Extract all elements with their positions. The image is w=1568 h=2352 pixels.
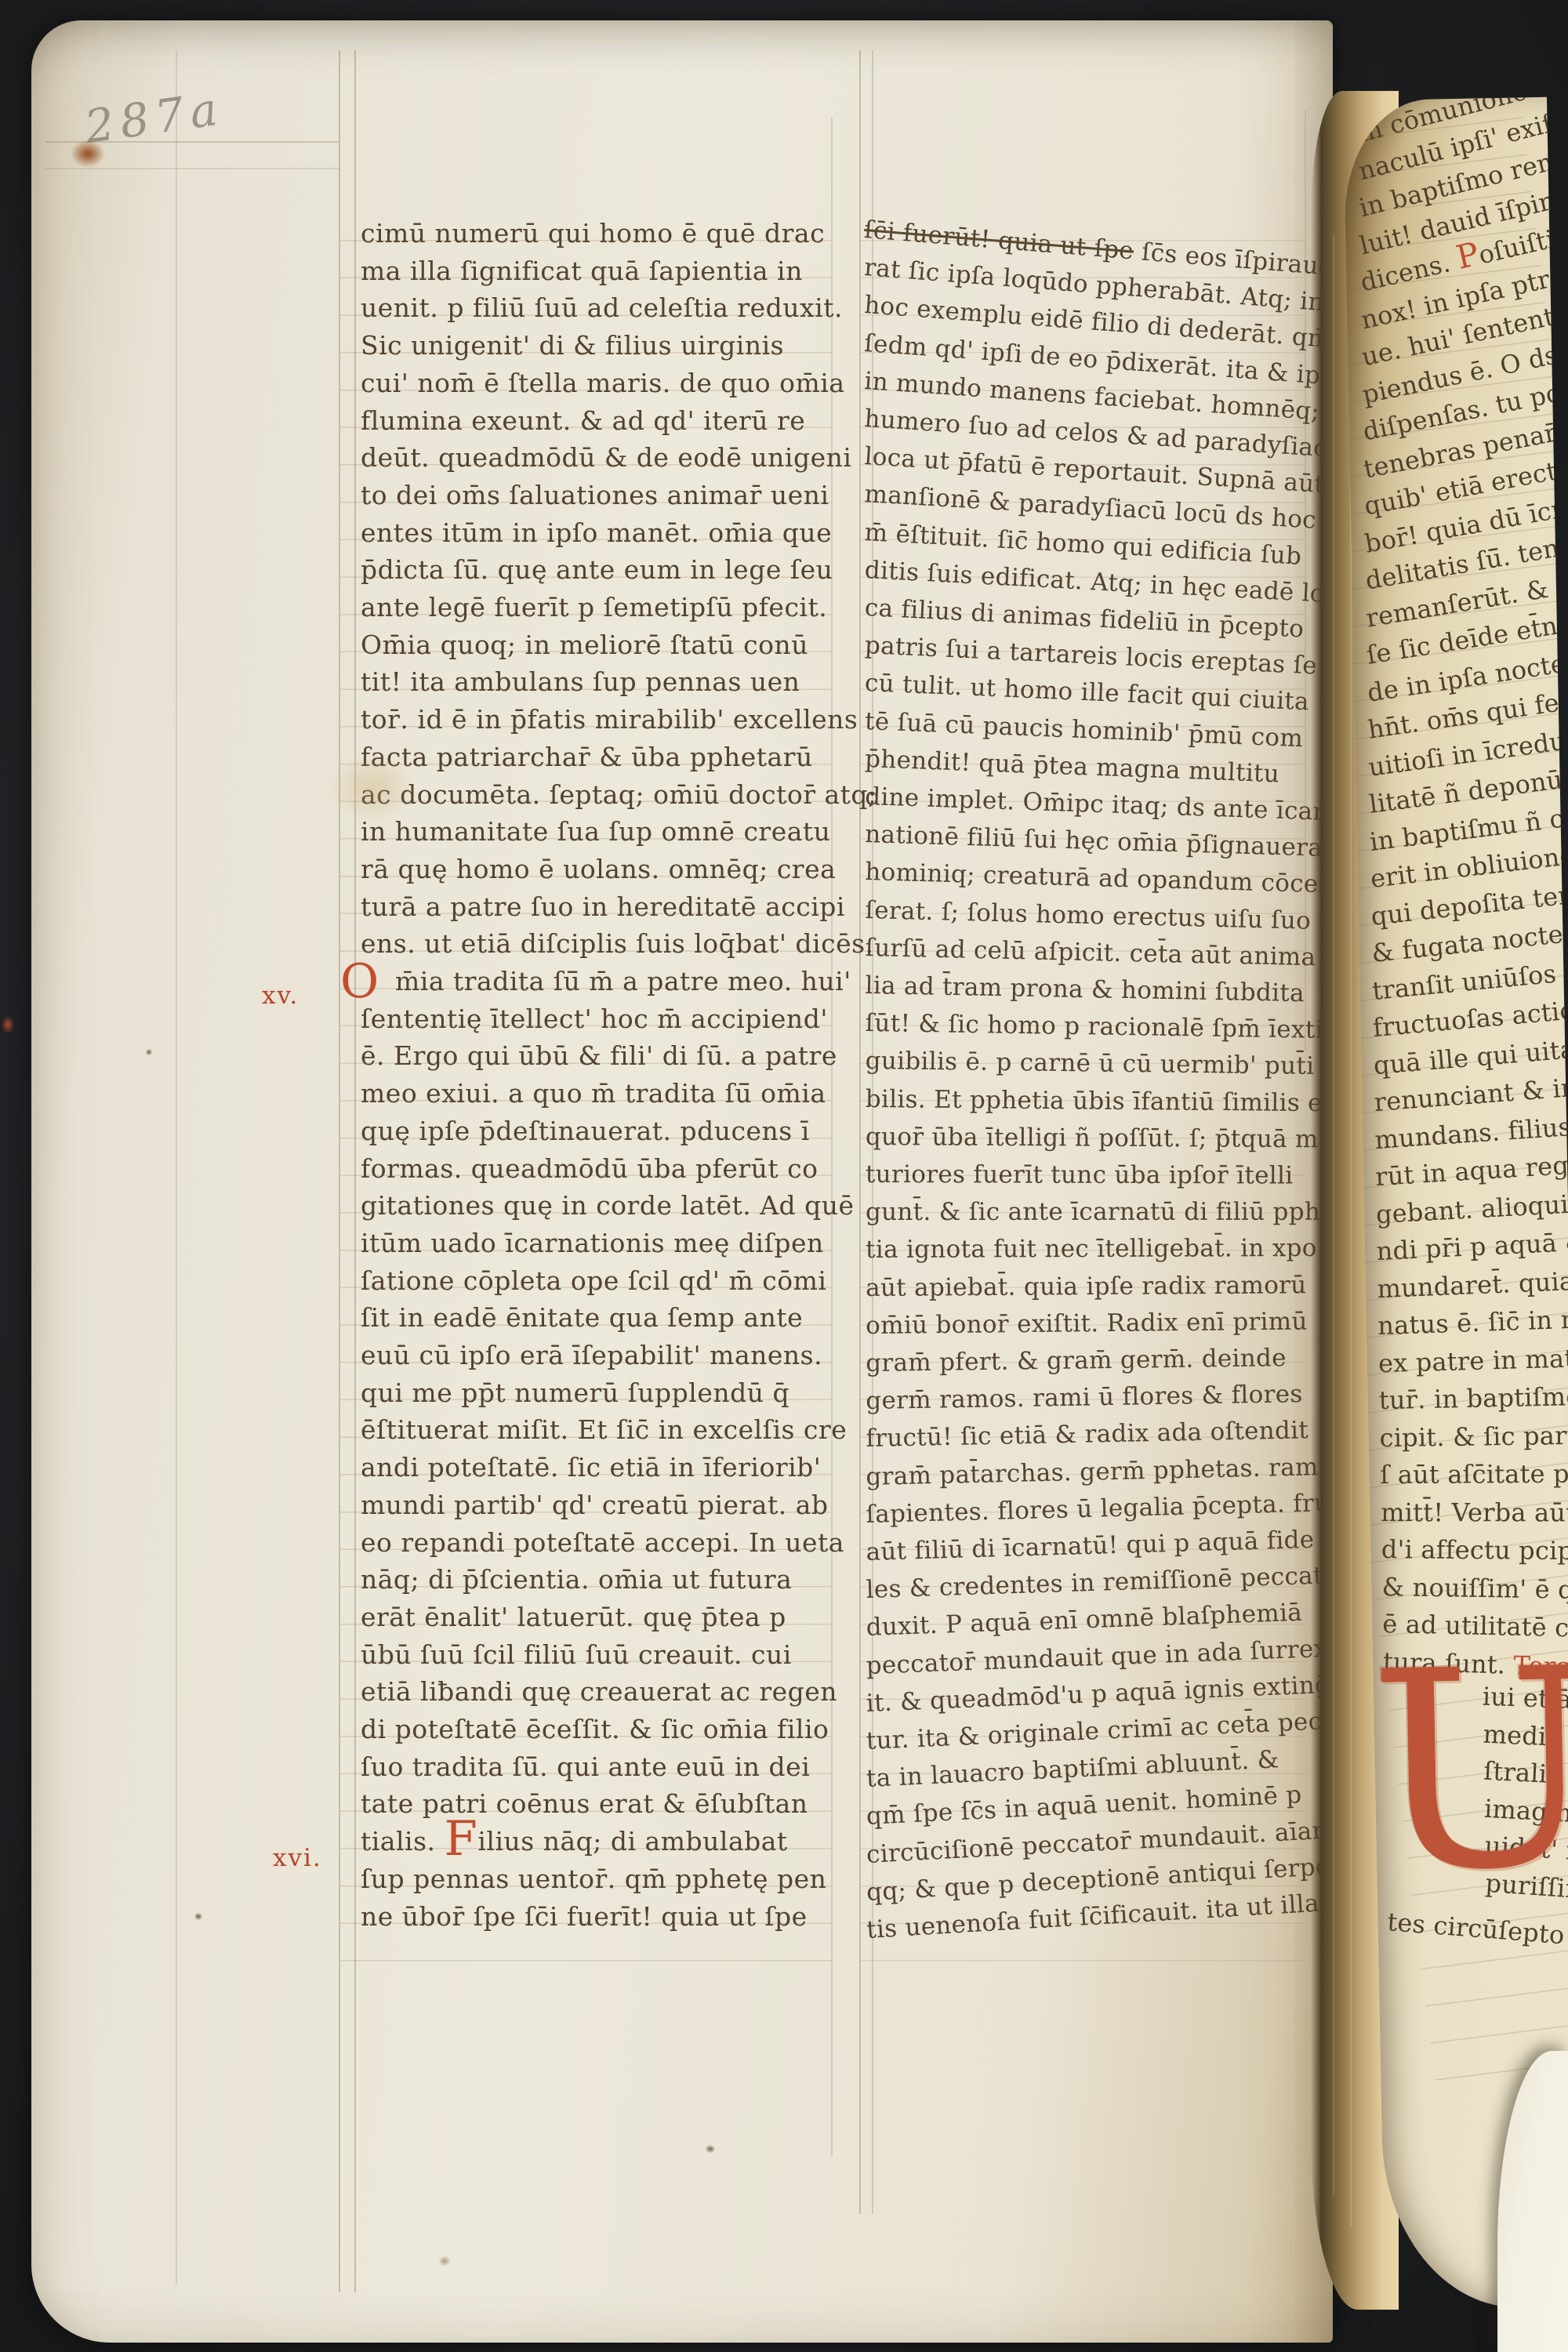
text-line: nāq; di p̄ſcientia. om̄ia ut futura [361,1563,792,1597]
text-line: d'i affectu pcipiāt! qm̄ p illu qui [1381,1533,1568,1569]
text-line: andi poteſtatē. ſic etiā in īferiorib' [361,1450,821,1485]
text-line: cimū numerū qui homo ē quē drac [361,216,825,251]
text-line: meo exiui. a quo m̄ tradita ſū̄ om̄ia [361,1076,826,1111]
text-line: ſententię ītellect' hoc m̄ accipiend' [361,1002,828,1036]
text-line: ſūt! & ſic homo p racionalē ſpm̄ īextin [865,1007,1339,1047]
stain [329,753,416,823]
text-line: turiores fuerīt tunc ūba ipſor̄ ītelli [866,1158,1294,1192]
text-line: lia ad t̄ram prona & homini ſubdita [865,969,1305,1010]
text-line: deūt. queadmōdū & de eodē unigeni [361,441,851,475]
text-line: bilis. Et pphetia ūbis īfantiū ſimilis e… [866,1083,1367,1120]
text-line: ex patre in matrē miſſus & ex ea [1377,1336,1568,1380]
text-line: ſatione cōpleta ope ſcil qd' m̄ cōmi [361,1264,826,1298]
text-line: formas. queadmōdū ūba pferūt co [361,1152,818,1186]
text-line: tia ignota fuit nec ītelligebat̄. in xpo [866,1232,1317,1266]
text-line: uenit. p filiū ſuū ad celeſtia reduxit. [361,291,843,325]
text-line: & nouiſſim' ē qui pſilu qui [1381,1570,1568,1608]
text-line: etiā liƀandi quę creauerat ac regen [361,1675,837,1709]
text-line: cipit. & ſic particeps ſc̄itatis fit. i [1379,1416,1568,1454]
text-column-1: cimū numerū qui homo ē quē dracma illa ſ… [361,216,839,1988]
text-line: euū cū ipſo erā īſepabilit' manens. [361,1338,822,1373]
text-line: ens. ut etiā diſciplis ſuis loq̄bat' dic… [361,927,874,961]
text-line: om̄iū bonor̄ exiſtit. Radix enī primū [866,1305,1308,1342]
text-line: quor̄ ūba ītelligi ñ poſſūt. ſ; p̄tquā m… [866,1120,1334,1156]
text-line: tur̄. in baptiſmo īſpirationē ſpc [1378,1376,1568,1417]
text-line: ūbū ſuū ſcil filiū ſuū creauit. cui [361,1638,792,1672]
stain [146,1049,152,1055]
text-line: ante legē fuerīt p ſemetipſū pfecit. [361,590,827,625]
text-line: ne ūbor̄ ſpe ſc̄i fuerīt! quia ut ſpe [361,1900,808,1934]
text-line: mitt̄! Verba aūt hęc fideles deu [1381,1496,1568,1529]
text-line: mundi partib' qd' creatū pierat. ab [361,1488,829,1523]
manuscript-photo: 287a xv. xvi. cimū numerū qui homo ē quē… [0,0,1568,2352]
text-line: tialis. Filius nāq; di ambulabat [361,1824,788,1859]
stain [439,2256,450,2266]
text-line: Om̄ia tradita ſū̄ m̄ a patre meo. hui' [361,964,851,999]
text-line: eo repandi poteſtatē accepi. In ueta [361,1526,844,1560]
stain [71,140,105,168]
stain [194,1913,202,1920]
text-line: ma illa ſignificat quā ſapientia in [361,254,803,289]
text-line: tate patri coēnus erat & ēſubſtan [361,1787,808,1821]
text-line: gram̄ pfert. & gram̄ germ̄. deinde [866,1341,1287,1380]
text-line: Om̄ia quoq; in meliorē ſtatū conū [361,628,808,662]
text-line: flumina exeunt. & ad qd' iterū re [361,404,805,438]
text-line: ēſtituerat miſit. Et ſic̄ in excelſis cr… [361,1413,847,1447]
stain [706,2145,715,2153]
text-line: tor̄. id ē in p̄fatis mirabilib' excelle… [361,702,858,737]
text-line: quę ipſe p̄deſtinauerat. pducens ī [361,1114,810,1149]
illuminated-initial-u: U [1368,1652,1568,1892]
text-line: ſerat. ſ; ſolus homo erectus uiſu ſuo [865,894,1312,938]
text-line: ſup pennas uentor̄. qm̄ pphetę pen [361,1862,826,1896]
text-line: to dei om̄s ſaluationes animar̄ ueni [361,478,829,513]
text-line: entes itūm in ipſo manēt. om̄ia que [361,516,832,550]
text-line: gunt̄. & ſic ante īcarnatū di filiū pphe [866,1196,1335,1229]
page-edge-highlight [1333,235,1334,2195]
text-line: guibilis ē. p carnē ū cū uermib' put̄i [865,1044,1314,1083]
margin-rule [176,50,177,2285]
text-line: erāt ēnalit' latuerūt. quę p̄tea p [361,1600,786,1635]
text-line: ſuo tradita ſū̄. qui ante euū in dei [361,1750,810,1784]
text-line: aūt apiebat̄. quia ipſe radix ramorū [866,1269,1307,1305]
text-line: gram̄ pat̄archas. germ̄ pphetas. rami [866,1450,1327,1494]
text-line: fructū! ſic etiā & radix ada oſtendit [866,1414,1308,1455]
text-column-2: ſc̄i fuerūt! quia ut ſpe ſc̄s eos īſpira… [866,213,1316,1985]
margin-hrule [45,168,339,169]
text-line: turā a patre ſuo in hereditatē accipi [361,890,845,924]
text-line: di poteſtatē ēceſſit. & ſic om̄ia filio [361,1712,829,1747]
text-line: ac documēta. ſeptaq; om̄iū doctor̄ atq; [361,778,877,812]
text-line: tit! ita ambulans ſup pennas uen [361,665,800,699]
text-line: facta patriarchar̄ & ūba pphetarū [361,740,813,775]
text-line: ē. Ergo qui ūbū & fili' di ſū. a patre [361,1039,837,1073]
text-line: Sic unigenit' di & filius uirginis [361,328,784,363]
text-line: ſ aūt aſc̄itate picit̄. & in penalia [1380,1456,1568,1491]
text-line: germ̄ ramos. rami ū flores & flores [866,1377,1303,1417]
text-line: itūm uado īcarnationis meę diſpen [361,1226,824,1261]
text-line: rā quę homo ē uolans. omnēq; crea [361,852,836,887]
text-line: ſurſū ad celū aſpicit. cet̄a aūt anima [865,931,1316,974]
text-line: in humanitate ſua ſup omnē creatu [361,815,830,849]
text-line: gitationes quę in corde latēt. Ad quē [361,1189,855,1223]
text-line: qui me pp̄t numerū ſupplendū q̄ [361,1376,789,1410]
text-line: ſit in eadē ēnitate qua ſemp ante [361,1301,803,1335]
text-line: cui' nom̄ ē ſtella maris. de quo om̄ia [361,366,845,401]
chapter-numeral-xv: xv. [262,982,299,1010]
chapter-numeral-xvi: xvi. [273,1844,322,1872]
text-line: p̄dicta ſū̄. quę ante eum in lege ſeu [361,553,833,587]
stain [2,1016,14,1033]
